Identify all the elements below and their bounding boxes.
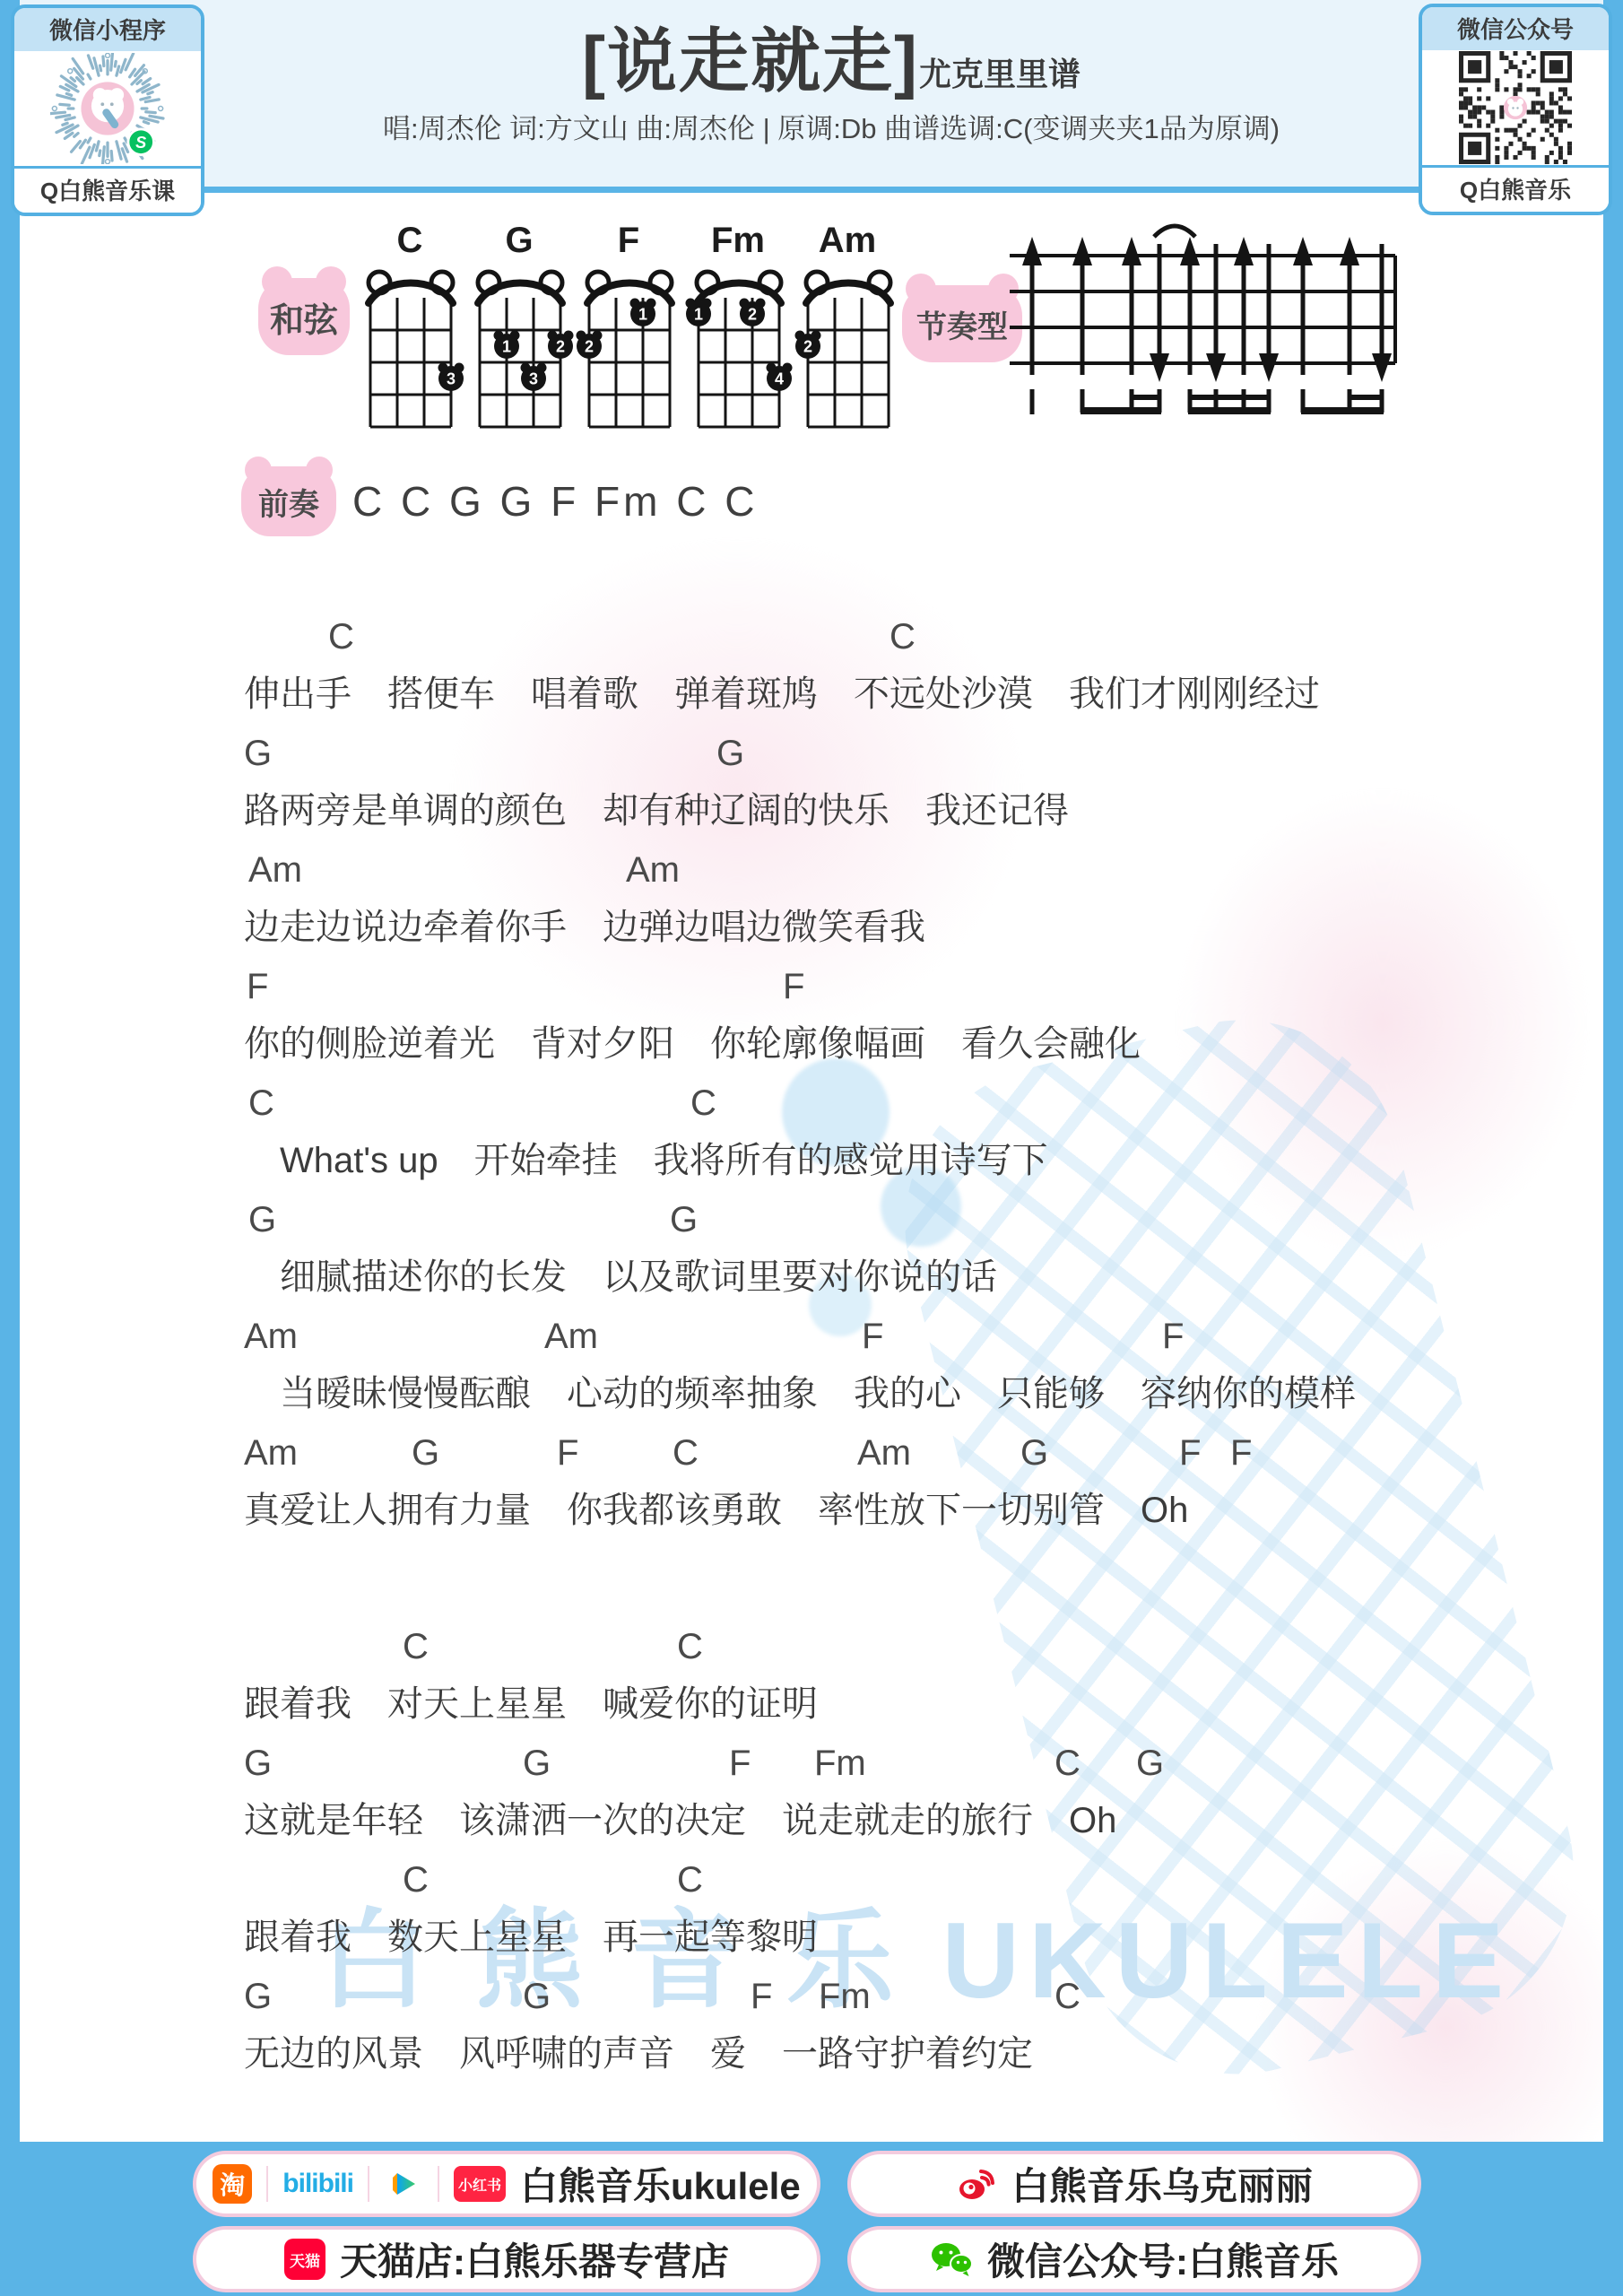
chord-line: GGFFmC (244, 1977, 1571, 2020)
chord-label: G (244, 1744, 272, 1784)
intro-label: 前奏 (241, 466, 336, 536)
chord-label: G (1136, 1744, 1164, 1784)
qr-code (1459, 51, 1572, 164)
chord-name: G (464, 219, 574, 262)
chord-label: C (328, 617, 354, 657)
footer-pill-text: 白熊音乐乌克丽丽 (1011, 2157, 1313, 2211)
official-account-card-caption: Q白熊音乐 (1422, 165, 1609, 212)
lyric-line: CC What's up 开始牵挂 我将所有的感觉用诗写下 (244, 1083, 1571, 1184)
chord-label: Fm (814, 1744, 866, 1784)
tencent-video-icon (384, 2164, 423, 2204)
chord-diagram-Am: Am2 (793, 219, 902, 440)
lyric-text: 细腻描述你的长发 以及歌词里要对你说的话 (244, 1248, 1571, 1300)
rhythm-pattern (1004, 222, 1401, 428)
lyric-text: 路两旁是单调的颜色 却有种辽阔的快乐 我还记得 (244, 782, 1571, 834)
footer-links: 淘bilibili小红书白熊音乐ukulele白熊音乐乌克丽丽天猫天猫店:白熊乐… (0, 2142, 1623, 2296)
chord-label: F (1230, 1433, 1252, 1474)
chord-diagram-G: G123 (464, 219, 574, 440)
official-account-card: 微信公众号 Q白熊音乐 (1419, 4, 1612, 215)
chord-label: Fm (819, 1977, 871, 2017)
chord-label: F (557, 1433, 578, 1474)
lyric-line: CC伸出手 搭便车 唱着歌 弹着斑鸠 不远处沙漠 我们才刚刚经过 (244, 617, 1571, 717)
chord-name: Fm (683, 219, 793, 262)
chord-label: G (523, 1744, 551, 1784)
svg-text:2: 2 (803, 338, 812, 356)
lyric-line: GGFFmCG这就是年轻 该潇洒一次的决定 说走就走的旅行 Oh (244, 1744, 1571, 1844)
chord-label: G (523, 1977, 551, 2017)
chord-label: C (248, 1083, 274, 1124)
lyric-text: 你的侧脸逆着光 背对夕阳 你轮廓像幅画 看久会融化 (244, 1015, 1571, 1067)
chord-diagram-Fm: Fm124 (683, 219, 793, 440)
svg-text:1: 1 (694, 306, 703, 324)
lyric-line: FF你的侧脸逆着光 背对夕阳 你轮廓像幅画 看久会融化 (244, 967, 1571, 1067)
lyric-line: GG 细腻描述你的长发 以及歌词里要对你说的话 (244, 1200, 1571, 1300)
mini-program-card-header: 微信小程序 (14, 8, 201, 51)
chord-label: G (244, 734, 272, 774)
chord-line: GG (244, 1200, 1571, 1243)
chord-line: GG (244, 734, 1571, 777)
mini-program-code: S (50, 53, 165, 164)
lyric-text: 这就是年轻 该潇洒一次的决定 说走就走的旅行 Oh (244, 1792, 1571, 1844)
page-title: [说走就走]尤克里里谱 (230, 25, 1432, 99)
tmall-icon: 天猫 (284, 2239, 325, 2280)
weibo-icon (956, 2164, 997, 2204)
footer-pill: 白熊音乐乌克丽丽 (847, 2151, 1421, 2217)
chord-line: CC (244, 617, 1571, 660)
mini-program-card: 微信小程序 S Q白熊音乐课 (11, 4, 204, 216)
footer-pill-text: 微信公众号:白熊音乐 (987, 2232, 1339, 2286)
chord-label: C (1055, 1744, 1081, 1784)
taobao-icon: 淘 (213, 2164, 252, 2204)
chord-label: C (677, 1860, 703, 1900)
chord-label: G (1020, 1433, 1048, 1474)
footer-pill: 微信公众号:白熊音乐 (847, 2226, 1421, 2292)
song-credits: 唱:周杰伦 词:方文山 曲:周杰伦 | 原调:Db 曲谱选调:C(变调夹夹1品为… (230, 106, 1432, 146)
chord-label: G (716, 734, 744, 774)
icon-separator (266, 2166, 268, 2202)
chord-name: F (574, 219, 683, 262)
lyric-line: GG路两旁是单调的颜色 却有种辽阔的快乐 我还记得 (244, 734, 1571, 834)
footer-pill-text: 白熊音乐ukulele (520, 2157, 801, 2211)
lyric-text: 跟着我 对天上星星 喊爱你的证明 (244, 1675, 1571, 1727)
chord-diagram-C: C3 (355, 219, 464, 440)
chord-label: C (403, 1627, 429, 1667)
page-title-suffix: 尤克里里谱 (919, 56, 1081, 92)
lyric-text: 当暧昧慢慢酝酿 心动的频率抽象 我的心 只能够 容纳你的模样 (244, 1365, 1571, 1417)
chord-label: C (1055, 1977, 1081, 2017)
lyrics-block: CC伸出手 搭便车 唱着歌 弹着斑鸠 不远处沙漠 我们才刚刚经过GG路两旁是单调… (244, 617, 1571, 2093)
bilibili-icon: bilibili (282, 2169, 353, 2199)
svg-text:2: 2 (556, 338, 565, 356)
lyric-text: What's up 开始牵挂 我将所有的感觉用诗写下 (244, 1132, 1571, 1184)
chord-label: F (247, 967, 268, 1007)
chord-line: CC (244, 1627, 1571, 1670)
svg-text:4: 4 (775, 370, 784, 388)
chord-line: AmGFCAmGFF (244, 1433, 1571, 1476)
chord-label: C (890, 617, 916, 657)
lyric-text: 边走边说边牵着你手 边弹边唱边微笑看我 (244, 899, 1571, 951)
svg-text:2: 2 (748, 306, 757, 324)
chord-line: AmAmFF (244, 1317, 1571, 1360)
lyric-line: GGFFmC无边的风景 风呼啸的声音 爱 一路守护着约定 (244, 1977, 1571, 2077)
chord-label: F (729, 1744, 751, 1784)
icon-separator (438, 2166, 439, 2202)
footer-pill: 天猫天猫店:白熊乐器专营店 (193, 2226, 820, 2292)
chord-label: G (244, 1977, 272, 2017)
chord-label: C (673, 1433, 699, 1474)
chord-label: C (677, 1627, 703, 1667)
chord-line: CC (244, 1083, 1571, 1126)
svg-text:2: 2 (585, 338, 594, 356)
lyric-text: 伸出手 搭便车 唱着歌 弹着斑鸠 不远处沙漠 我们才刚刚经过 (244, 665, 1571, 717)
chord-line: GGFFmCG (244, 1744, 1571, 1787)
chord-label: C (403, 1860, 429, 1900)
chord-label: G (670, 1200, 698, 1240)
chord-line: FF (244, 967, 1571, 1010)
lyric-line: CC跟着我 数天上星星 再一起等黎明 (244, 1860, 1571, 1961)
chord-label: Am (544, 1317, 598, 1357)
chords-section-label: 和弦 (258, 278, 350, 355)
chord-label: Am (626, 850, 680, 891)
official-account-card-header: 微信公众号 (1422, 7, 1609, 50)
lyric-line: AmGFCAmGFF真爱让人拥有力量 你我都该勇敢 率性放下一切别管 Oh (244, 1433, 1571, 1534)
xiaohongshu-icon: 小红书 (454, 2166, 506, 2202)
lyric-line: CC跟着我 对天上星星 喊爱你的证明 (244, 1627, 1571, 1727)
chord-sheet-page: 白 熊 音 乐 UKULELE [说走就走]尤克里里谱 唱:周杰伦 词:方文山 … (0, 0, 1623, 2296)
chord-label: C (690, 1083, 716, 1124)
lyric-line: AmAm边走边说边牵着你手 边弹边唱边微笑看我 (244, 850, 1571, 951)
chord-label: Am (244, 1317, 298, 1357)
svg-text:1: 1 (638, 306, 647, 324)
chord-name: Am (793, 219, 902, 262)
intro-chord-progression: C C G G F Fm C C (352, 477, 758, 526)
lyric-text: 真爱让人拥有力量 你我都该勇敢 率性放下一切别管 Oh (244, 1482, 1571, 1534)
chord-label: F (1179, 1433, 1201, 1474)
svg-text:S: S (135, 134, 146, 152)
sheet-paper: 白 熊 音 乐 UKULELE [说走就走]尤克里里谱 唱:周杰伦 词:方文山 … (20, 0, 1603, 2142)
lyric-text: 无边的风景 风呼啸的声音 爱 一路守护着约定 (244, 2025, 1571, 2077)
chord-line: AmAm (244, 850, 1571, 893)
lyric-line: AmAmFF 当暧昧慢慢酝酿 心动的频率抽象 我的心 只能够 容纳你的模样 (244, 1317, 1571, 1417)
chord-label: Am (857, 1433, 911, 1474)
chord-diagrams-row: C3G123F12Fm124Am2 (355, 219, 902, 440)
chord-line: CC (244, 1860, 1571, 1903)
chord-label: F (862, 1317, 883, 1357)
chord-label: G (248, 1200, 276, 1240)
chord-label: Am (248, 850, 302, 891)
footer-pill-text: 天猫店:白熊乐器专营店 (340, 2232, 729, 2286)
wechat-icon (930, 2240, 973, 2278)
chord-label: F (1162, 1317, 1184, 1357)
svg-text:3: 3 (529, 370, 538, 388)
chord-name: C (355, 219, 464, 262)
footer-pill: 淘bilibili小红书白熊音乐ukulele (193, 2151, 820, 2217)
chord-label: F (783, 967, 804, 1007)
chord-label: F (751, 1977, 772, 2017)
chord-diagram-F: F12 (574, 219, 683, 440)
lyric-text: 跟着我 数天上星星 再一起等黎明 (244, 1909, 1571, 1961)
svg-text:3: 3 (447, 370, 456, 388)
chord-label: Am (244, 1433, 298, 1474)
icon-separator (368, 2166, 369, 2202)
chord-label: G (412, 1433, 439, 1474)
svg-text:1: 1 (502, 338, 511, 356)
mini-program-card-caption: Q白熊音乐课 (14, 166, 201, 213)
